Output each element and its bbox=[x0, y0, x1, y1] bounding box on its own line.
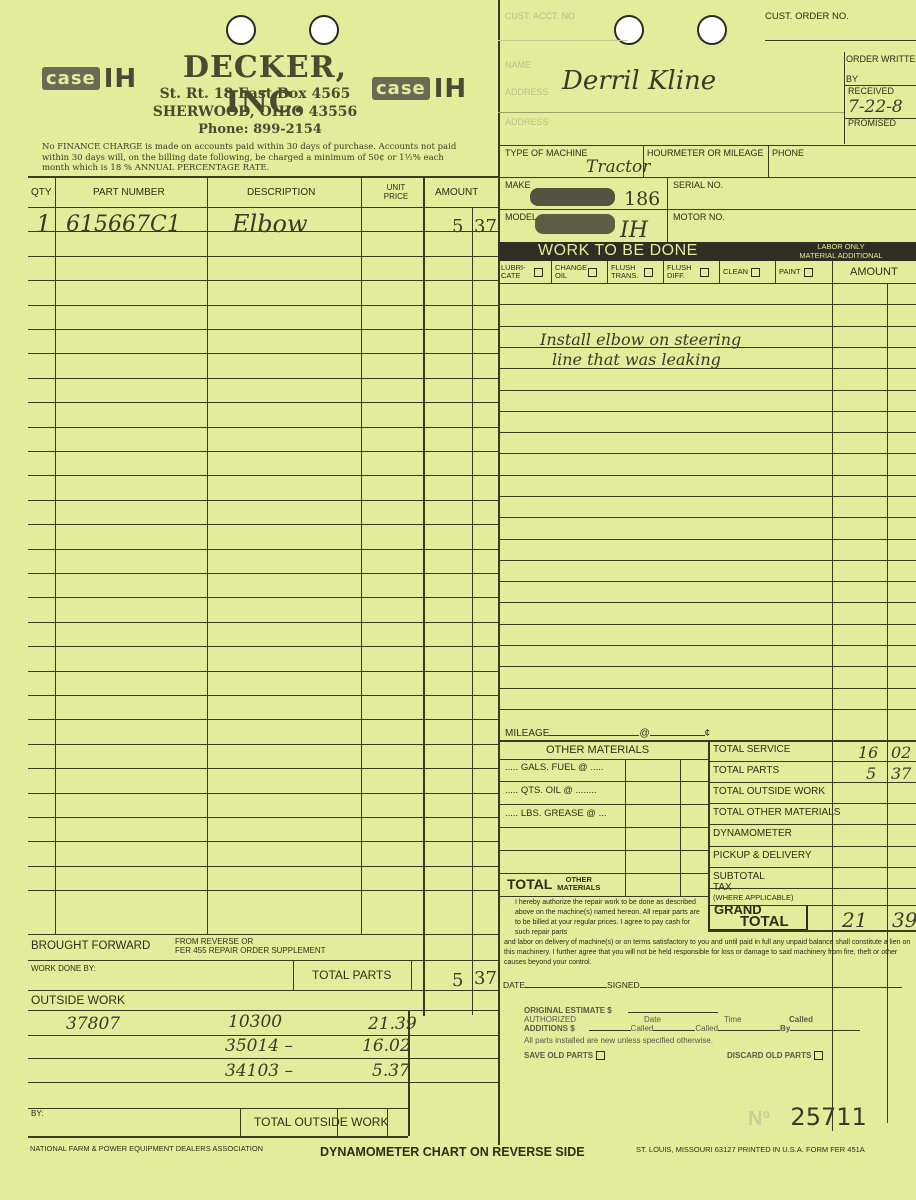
column-header-unit-price: UNIT PRICE bbox=[376, 183, 416, 201]
punch-hole bbox=[226, 15, 256, 45]
other-material-item: ..... LBS. GREASE @ ... bbox=[505, 808, 607, 819]
date-signature-line: DATESIGNED bbox=[503, 980, 902, 990]
punch-hole bbox=[697, 15, 727, 45]
work-option-lubri-cate[interactable]: LUBRI- CATE bbox=[498, 261, 552, 283]
outside-work-line-3-col3[interactable]: 5.37 bbox=[372, 1061, 410, 1081]
make-value[interactable]: 186 bbox=[624, 188, 660, 210]
work-banner-title: WORK TO BE DONE bbox=[538, 242, 698, 260]
total-parts-cents[interactable]: 37 bbox=[474, 968, 497, 989]
address2-label: ADDRESS bbox=[505, 117, 549, 127]
grand-total-dollars[interactable]: 21 bbox=[842, 908, 867, 932]
type-of-machine-label: TYPE OF MACHINE bbox=[505, 148, 588, 158]
brought-forward-note: FROM REVERSE OR FER 455 REPAIR ORDER SUP… bbox=[175, 937, 326, 955]
checkbox-icon[interactable] bbox=[588, 268, 597, 277]
work-option-flush-diff[interactable]: FLUSH DIFF. bbox=[664, 261, 720, 283]
totals-row-label: TOTAL OTHER MATERIALS bbox=[713, 807, 840, 818]
checkbox-icon[interactable] bbox=[534, 268, 543, 277]
scribbled-out-make bbox=[530, 188, 615, 206]
outside-work-line-1-col2[interactable]: 10300 bbox=[228, 1012, 282, 1032]
by-label: BY bbox=[846, 74, 858, 84]
total-parts-dollars[interactable]: 5 bbox=[452, 970, 463, 991]
work-option-flush-trans[interactable]: FLUSH TRANS. bbox=[608, 261, 664, 283]
save-old-parts-checkbox[interactable]: SAVE OLD PARTS bbox=[524, 1051, 727, 1060]
brought-forward-label: BROUGHT FORWARD bbox=[31, 940, 150, 952]
customer-name-value[interactable]: Derril Kline bbox=[562, 66, 716, 96]
type-of-machine-value[interactable]: Tractor bbox=[586, 157, 650, 177]
case-logo-text: case bbox=[372, 77, 430, 100]
authorization-text-long: and labor on delivery of machine(s) or o… bbox=[504, 938, 916, 968]
totals-row-dollars[interactable]: 16 bbox=[858, 743, 878, 762]
work-description-line1[interactable]: Install elbow on steering bbox=[540, 330, 741, 349]
parts-row-qty[interactable]: 1 bbox=[36, 210, 51, 238]
column-header-qty: QTY bbox=[31, 187, 52, 198]
punch-hole bbox=[309, 15, 339, 45]
phone-label: PHONE bbox=[772, 148, 804, 158]
model-label: MODEL bbox=[505, 212, 537, 222]
other-material-item: ..... QTS. OIL @ ........ bbox=[505, 785, 597, 796]
serial-no-label: SERIAL NO. bbox=[673, 180, 723, 190]
received-label: RECEIVED bbox=[848, 86, 894, 96]
checkbox-icon[interactable] bbox=[700, 268, 709, 277]
received-date-value[interactable]: 7-22-8 bbox=[848, 97, 903, 117]
promised-label: PROMISED bbox=[848, 118, 896, 128]
totals-row-label: DYNAMOMETER bbox=[713, 828, 792, 839]
parts-row-part-number[interactable]: 615667C1 bbox=[66, 212, 181, 237]
form-number: Nº 25711 bbox=[748, 1103, 867, 1132]
ih-logo-mark: IH bbox=[104, 64, 137, 94]
checkbox-icon[interactable] bbox=[644, 268, 653, 277]
work-option-clean[interactable]: CLEAN bbox=[720, 261, 776, 283]
work-option-paint[interactable]: PAINT bbox=[776, 261, 833, 283]
cust-acct-label: CUST. ACCT. NO bbox=[505, 11, 575, 21]
estimate-section: ORIGINAL ESTIMATE $ AUTHORIZED Date Time… bbox=[524, 1006, 914, 1060]
motor-no-label: MOTOR NO. bbox=[673, 212, 725, 222]
outside-work-by-label: BY: bbox=[31, 1109, 43, 1118]
footer-printer: ST. LOUIS, MISSOURI 63127 PRINTED IN U.S… bbox=[636, 1145, 865, 1154]
column-header-amount: AMOUNT bbox=[435, 187, 478, 198]
parts-row-description[interactable]: Elbow bbox=[232, 210, 308, 238]
outside-work-line-2-col3[interactable]: 16.02 bbox=[362, 1036, 411, 1056]
grand-total-cents[interactable]: 39 bbox=[892, 908, 916, 932]
other-materials-title: OTHER MATERIALS bbox=[546, 744, 649, 756]
totals-row-label: TOTAL PARTS bbox=[713, 765, 779, 776]
ih-logo-mark: IH bbox=[434, 74, 467, 104]
column-header-part-number: PART NUMBER bbox=[93, 187, 165, 198]
work-to-be-done-banner: WORK TO BE DONE LABOR ONLY MATERIAL ADDI… bbox=[498, 242, 916, 261]
totals-row-label: PICKUP & DELIVERY bbox=[713, 850, 812, 861]
work-amount-header: AMOUNT bbox=[850, 266, 898, 278]
totals-row-label: SUBTOTAL bbox=[713, 871, 765, 882]
discard-old-parts-checkbox[interactable]: DISCARD OLD PARTS bbox=[727, 1051, 823, 1060]
total-other-materials-label: TOTAL OTHER MATERIALS bbox=[507, 876, 600, 892]
tax-label: TAX (WHERE APPLICABLE) bbox=[713, 883, 793, 903]
totals-row-label: TOTAL OUTSIDE WORK bbox=[713, 786, 825, 797]
checkbox-icon[interactable] bbox=[804, 268, 813, 277]
model-value[interactable]: IH bbox=[620, 218, 648, 243]
total-parts-label: TOTAL PARTS bbox=[312, 968, 391, 982]
address-label: ADDRESS bbox=[505, 87, 549, 97]
outside-work-line-2-col2[interactable]: 35014 – bbox=[225, 1036, 293, 1056]
footer-association: NATIONAL FARM & POWER EQUIPMENT DEALERS … bbox=[30, 1144, 263, 1153]
order-written-label: ORDER WRITTEN bbox=[846, 54, 916, 64]
checkbox-icon[interactable] bbox=[751, 268, 760, 277]
work-description-line2[interactable]: line that was leaking bbox=[552, 350, 721, 369]
total-outside-work-label: TOTAL OUTSIDE WORK bbox=[254, 1115, 388, 1129]
cust-order-label: CUST. ORDER NO. bbox=[765, 11, 849, 22]
work-banner-note: LABOR ONLY MATERIAL ADDITIONAL bbox=[776, 243, 906, 260]
hourmeter-label: HOURMETER OR MILEAGE bbox=[647, 148, 764, 158]
case-ih-logo-left: caseIH bbox=[42, 64, 137, 94]
case-ih-logo-right: caseIH bbox=[372, 74, 467, 104]
parts-row-amount-cents[interactable]: 37 bbox=[474, 216, 497, 237]
company-phone: Phone: 899-2154 bbox=[150, 122, 370, 137]
outside-work-label: OUTSIDE WORK bbox=[31, 993, 125, 1007]
totals-row-label: TOTAL SERVICE bbox=[713, 744, 790, 755]
footer-dyno-note: DYNAMOMETER CHART ON REVERSE SIDE bbox=[320, 1145, 585, 1159]
case-logo-text: case bbox=[42, 67, 100, 90]
totals-row-cents[interactable]: 02 bbox=[891, 743, 911, 762]
company-address-line1: St. Rt. 18 East Box 4565 bbox=[140, 86, 370, 102]
work-option-change-oil[interactable]: CHANGE OIL bbox=[552, 261, 608, 283]
work-done-by-label: WORK DONE BY: bbox=[31, 964, 96, 973]
mileage-label: MILEAGE@¢ bbox=[505, 728, 710, 739]
parts-row-amount-dollars[interactable]: 5 bbox=[452, 216, 463, 237]
authorization-text-short: I hereby authorize the repair work to be… bbox=[515, 898, 705, 938]
outside-work-line-3-col2[interactable]: 34103 – bbox=[225, 1061, 293, 1081]
other-material-item: ..... GALS. FUEL @ ..... bbox=[505, 762, 604, 773]
outside-work-line-1-col1[interactable]: 37807 bbox=[66, 1014, 120, 1034]
scribbled-out-model bbox=[535, 214, 615, 234]
make-label: MAKE bbox=[505, 180, 531, 190]
finance-notice: No FINANCE CHARGE is made on accounts pa… bbox=[42, 142, 462, 174]
grand-total-label: GRAND TOTAL bbox=[714, 904, 789, 928]
company-address-line2: SHERWOOD, OHIO 43556 bbox=[130, 104, 380, 120]
totals-row-dollars[interactable]: 5 bbox=[866, 764, 876, 783]
column-header-description: DESCRIPTION bbox=[247, 187, 315, 198]
totals-row-cents[interactable]: 37 bbox=[891, 764, 911, 783]
work-options-row: LUBRI- CATECHANGE OILFLUSH TRANS.FLUSH D… bbox=[498, 261, 833, 283]
name-label: NAME bbox=[505, 60, 531, 70]
